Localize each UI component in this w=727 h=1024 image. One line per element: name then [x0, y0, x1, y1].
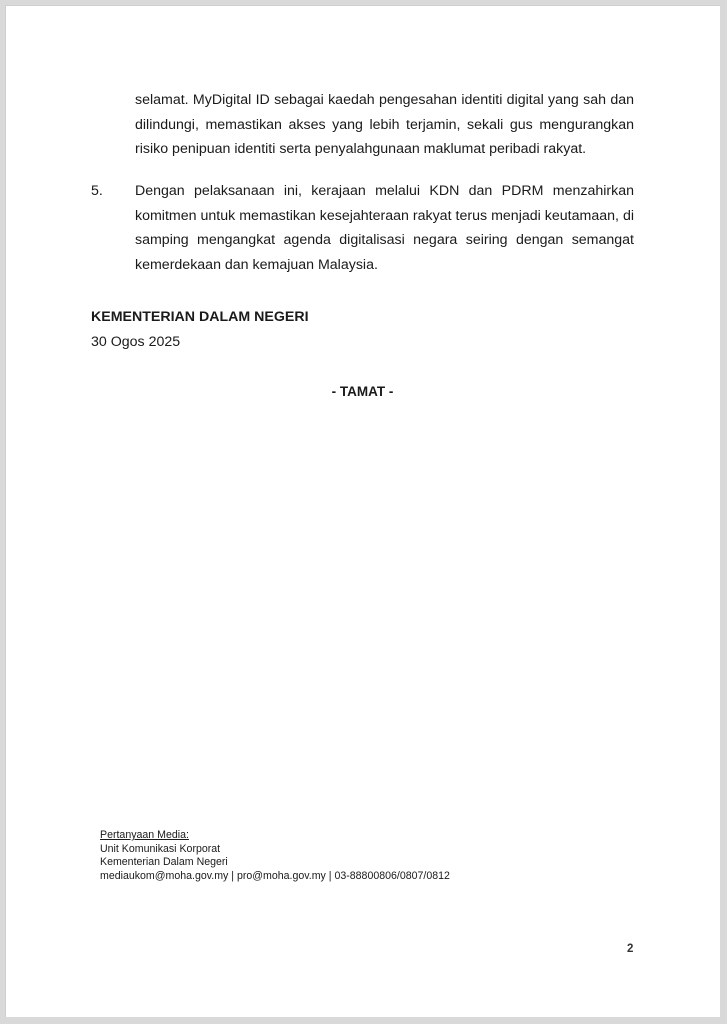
media-contact-heading: Pertanyaan Media:: [100, 829, 450, 843]
end-marker: - TAMAT -: [5, 382, 720, 402]
paragraph-continued: selamat. MyDigital ID sebagai kaedah pen…: [135, 88, 634, 162]
media-contact-ministry: Kementerian Dalam Negeri: [100, 856, 450, 870]
paragraph-number: 5.: [91, 179, 103, 204]
media-contact-block: Pertanyaan Media: Unit Komunikasi Korpor…: [100, 829, 450, 883]
paragraph-5: Dengan pelaksanaan ini, kerajaan melalui…: [135, 179, 634, 277]
signoff-block: KEMENTERIAN DALAM NEGERI 30 Ogos 2025: [91, 305, 309, 354]
document-page: selamat. MyDigital ID sebagai kaedah pen…: [5, 5, 720, 1017]
media-contact-details: mediaukom@moha.gov.my | pro@moha.gov.my …: [100, 870, 450, 884]
page-number: 2: [627, 943, 633, 955]
media-contact-unit: Unit Komunikasi Korporat: [100, 843, 450, 857]
signoff-date: 30 Ogos 2025: [91, 330, 309, 355]
signoff-organization: KEMENTERIAN DALAM NEGERI: [91, 305, 309, 330]
